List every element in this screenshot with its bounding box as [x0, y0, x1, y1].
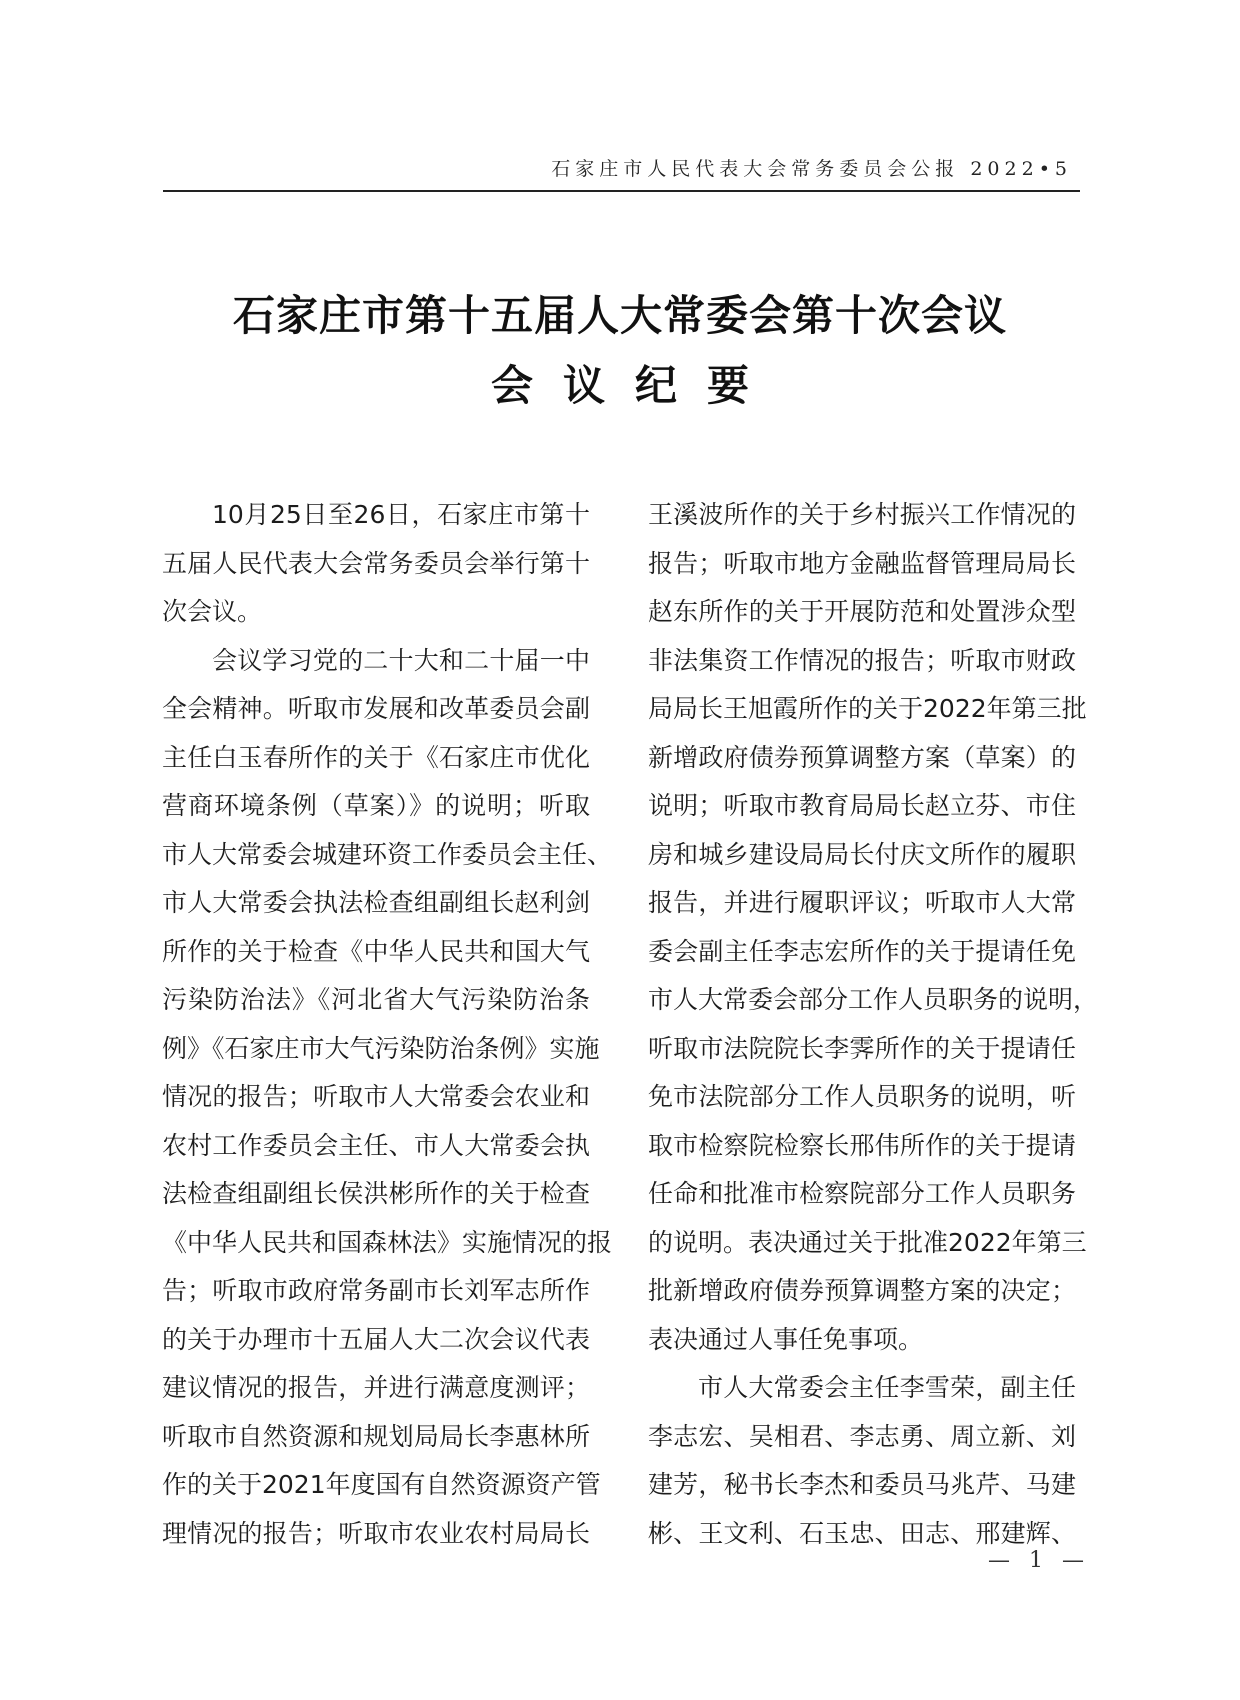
text-line: 赵东所作的关于开展防范和处置涉众型	[648, 588, 1076, 637]
text-line: 批新增政府债券预算调整方案的决定；	[648, 1267, 1076, 1316]
text-line: 听取市法院院长李霁所作的关于提请任	[648, 1025, 1076, 1074]
text-line: 王溪波所作的关于乡村振兴工作情况的	[648, 491, 1076, 540]
text-line: 局局长王旭霞所作的关于2022年第三批	[648, 685, 1076, 734]
text-line: 委会副主任李志宏所作的关于提请任免	[648, 928, 1076, 977]
text-line: 污染防治法》《河北省大气污染防治条	[162, 976, 590, 1025]
text-line: 农村工作委员会主任、市人大常委会执	[162, 1122, 590, 1171]
text-line: 五届人民代表大会常务委员会举行第十	[162, 540, 590, 589]
running-header: 石家庄市人民代表大会常务委员会公报 2022•5	[163, 150, 1080, 192]
text-line: 免市法院部分工作人员职务的说明，听	[648, 1073, 1076, 1122]
text-line: 新增政府债券预算调整方案（草案）的	[648, 734, 1076, 783]
text-line: 说明；听取市教育局局长赵立芬、市住	[648, 782, 1076, 831]
text-line: 《中华人民共和国森林法》实施情况的报	[162, 1219, 590, 1268]
text-line: 全会精神。听取市发展和改革委员会副	[162, 685, 590, 734]
document-title: 石家庄市第十五届人大常委会第十次会议 会议纪要	[0, 288, 1240, 414]
text-line: 李志宏、吴相君、李志勇、周立新、刘	[648, 1413, 1076, 1462]
title-main: 石家庄市第十五届人大常委会第十次会议	[0, 288, 1240, 344]
text-line: 的关于办理市十五届人大二次会议代表	[162, 1316, 590, 1365]
text-line: 市人大常委会主任李雪荣，副主任	[648, 1364, 1076, 1413]
text-line: 会议学习党的二十大和二十届一中	[162, 637, 590, 686]
text-line: 市人大常委会部分工作人员职务的说明，	[648, 976, 1076, 1025]
text-line: 表决通过人事任免事项。	[648, 1316, 1076, 1365]
body-column-left: 10月25日至26日，石家庄市第十五届人民代表大会常务委员会举行第十次会议。会议…	[162, 491, 590, 1558]
text-line: 例》《石家庄市大气污染防治条例》实施	[162, 1025, 590, 1074]
text-line: 所作的关于检查《中华人民共和国大气	[162, 928, 590, 977]
text-line: 主任白玉春所作的关于《石家庄市优化	[162, 734, 590, 783]
text-line: 建芳，秘书长李杰和委员马兆芹、马建	[648, 1461, 1076, 1510]
text-line: 营商环境条例（草案）》的说明；听取	[162, 782, 590, 831]
title-subtitle: 会议纪要	[0, 358, 1240, 414]
text-line: 理情况的报告；听取市农业农村局局长	[162, 1510, 590, 1559]
text-line: 的说明。表决通过关于批准2022年第三	[648, 1219, 1076, 1268]
text-line: 房和城乡建设局局长付庆文所作的履职	[648, 831, 1076, 880]
text-line: 非法集资工作情况的报告；听取市财政	[648, 637, 1076, 686]
text-line: 告；听取市政府常务副市长刘军志所作	[162, 1267, 590, 1316]
text-line: 市人大常委会执法检查组副组长赵利剑	[162, 879, 590, 928]
body-column-right: 王溪波所作的关于乡村振兴工作情况的报告；听取市地方金融监督管理局局长赵东所作的关…	[648, 491, 1076, 1558]
text-line: 报告，并进行履职评议；听取市人大常	[648, 879, 1076, 928]
text-line: 任命和批准市检察院部分工作人员职务	[648, 1170, 1076, 1219]
running-header-title: 石家庄市人民代表大会常务委员会公报 2022•5	[551, 154, 1072, 181]
text-line: 报告；听取市地方金融监督管理局局长	[648, 540, 1076, 589]
text-line: 取市检察院检察长邢伟所作的关于提请	[648, 1122, 1076, 1171]
text-line: 作的关于2021年度国有自然资源资产管	[162, 1461, 590, 1510]
text-line: 建议情况的报告，并进行满意度测评；	[162, 1364, 590, 1413]
text-line: 情况的报告；听取市人大常委会农业和	[162, 1073, 590, 1122]
text-line: 听取市自然资源和规划局局长李惠林所	[162, 1413, 590, 1462]
text-line: 市人大常委会城建环资工作委员会主任、	[162, 831, 590, 880]
text-line: 10月25日至26日，石家庄市第十	[162, 491, 590, 540]
text-line: 法检查组副组长侯洪彬所作的关于检查	[162, 1170, 590, 1219]
page-number: — 1 —	[988, 1548, 1090, 1573]
text-line: 次会议。	[162, 588, 590, 637]
